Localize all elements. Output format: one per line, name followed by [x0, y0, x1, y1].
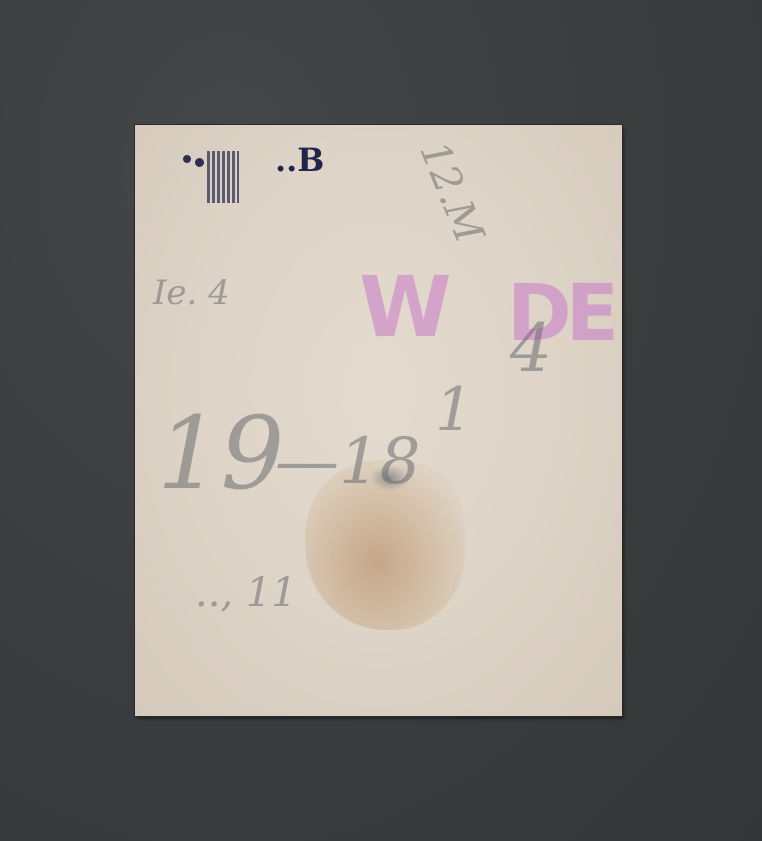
ink-dot — [183, 155, 191, 163]
ink-letter: ..B — [275, 141, 324, 179]
pencil-note: Ie. 4 — [153, 273, 230, 313]
pencil-note: 19 — [157, 395, 284, 512]
pencil-note: .., 11 — [195, 570, 297, 616]
ink-smudge — [207, 151, 239, 203]
violet-handstamp-left: W — [359, 265, 452, 349]
ink-dot — [195, 158, 204, 167]
pencil-note: 1 — [435, 375, 473, 445]
pencil-note: 12.M — [410, 135, 492, 249]
pencil-note: 4 — [510, 310, 552, 387]
pencil-note: —18 — [275, 425, 420, 499]
stamp-back: ..B W DE 12.M Ie. 4 4 19 —18 1 .., 11 — [135, 125, 622, 716]
